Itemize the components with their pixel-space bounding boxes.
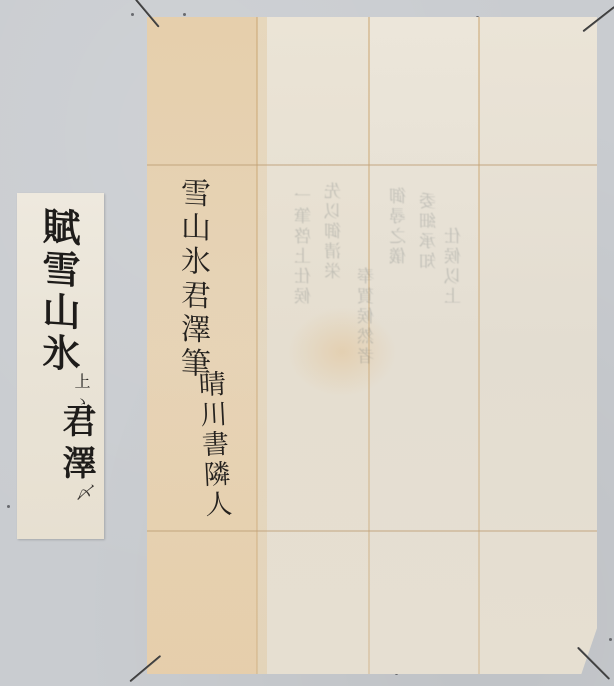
bleed-through-text: 委細承知 <box>422 192 439 272</box>
dust-speck <box>609 638 612 641</box>
bleed-through-text: 一筆啓上仕候 <box>297 187 314 307</box>
label-strip: 賦雪山氷 上ゝ 君澤 〆 <box>17 193 104 539</box>
bleed-through-text: 先以御清栄 <box>327 182 344 282</box>
bleed-through-text: 仕候以上 <box>447 227 464 307</box>
letter-address-line-2: 晴川書隣人 <box>195 369 230 520</box>
vertical-fold-line <box>256 17 258 674</box>
letter-panel-2 <box>257 17 369 674</box>
strip-signature-text: 君澤 <box>59 403 93 487</box>
letter-panel-3 <box>369 17 479 674</box>
letter-panel-4 <box>479 17 597 674</box>
bleed-through-text: 奉賀候然者 <box>360 267 377 367</box>
dust-speck <box>131 13 134 16</box>
dust-speck <box>183 13 186 16</box>
dust-speck <box>7 505 10 508</box>
folded-letter: 一筆啓上仕候 先以御清栄 奉賀候然者 御尋之儀 委細承知 仕候以上 雪山氷君澤筆… <box>147 17 597 674</box>
bleed-through-text: 御尋之儀 <box>392 187 409 267</box>
horizontal-fold-line <box>147 530 597 532</box>
horizontal-fold-line <box>147 164 597 166</box>
strip-title-text: 賦雪山氷 <box>39 206 77 377</box>
letter-address-line-1: 雪山氷君澤筆 <box>177 176 207 382</box>
vertical-fold-line <box>478 17 480 674</box>
kao-seal-mark: 〆 <box>73 483 91 505</box>
